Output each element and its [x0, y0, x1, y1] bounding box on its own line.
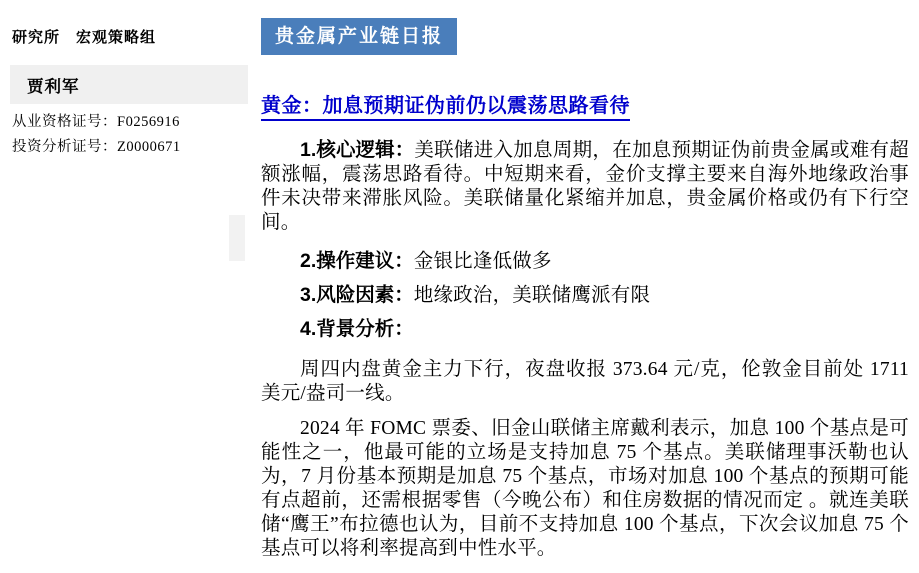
section-trade-advice-text: 金银比逢低做多: [414, 251, 552, 272]
analyst-credentials: 从业资格证号：F0256916 投资分析证号：Z0000671: [12, 110, 181, 160]
section-risk-factors-text: 地缘政治，美联储鹰派有限: [414, 285, 650, 306]
qualification-cert-number: 从业资格证号：F0256916: [12, 110, 181, 135]
section-risk-factors: 3.风险因素：地缘政治，美联储鹰派有限: [261, 283, 909, 308]
analysis-cert-number: 投资分析证号：Z0000671: [12, 135, 181, 160]
report-title-banner: 贵金属产业链日报: [261, 18, 457, 55]
section-core-logic: 1.核心逻辑：美联储进入加息周期，在加息预期证伪前贵金属或难有超额涨幅，震荡思路…: [261, 138, 909, 235]
section-background: 4.背景分析：: [261, 317, 909, 342]
section-background-label: 4.背景分析：: [300, 318, 414, 340]
team-label: 宏观策略组: [76, 26, 156, 47]
article-title-row: 黄金：加息预期证伪前仍以震荡思路看待: [261, 95, 909, 121]
section-core-logic-label: 1.核心逻辑：: [300, 139, 414, 161]
masthead: 研究所 宏观策略组: [12, 26, 156, 47]
section-trade-advice-label: 2.操作建议：: [300, 250, 414, 272]
article-title-link[interactable]: 黄金：加息预期证伪前仍以震荡思路看待: [261, 95, 630, 121]
institute-label: 研究所: [12, 26, 60, 47]
analyst-name: 贾利军: [27, 73, 80, 97]
section-trade-advice: 2.操作建议：金银比逢低做多: [261, 249, 909, 274]
analyst-name-box: 贾利军: [10, 65, 248, 104]
section-risk-factors-label: 3.风险因素：: [300, 284, 414, 306]
report-page: 研究所 宏观策略组 贾利军 从业资格证号：F0256916 投资分析证号：Z00…: [0, 0, 919, 573]
sidebar-decoration-block: [229, 215, 245, 261]
report-body: 贵金属产业链日报 黄金：加息预期证伪前仍以震荡思路看待 1.核心逻辑：美联储进入…: [261, 0, 909, 561]
analysis-paragraph-fomc: 2024 年 FOMC 票委、旧金山联储主席戴利表示，加息 100 个基点是可能…: [261, 417, 909, 561]
analysis-paragraph-gold-price: 周四内盘黄金主力下行，夜盘收报 373.64 元/克，伦敦金目前处 1711 美…: [261, 358, 909, 406]
